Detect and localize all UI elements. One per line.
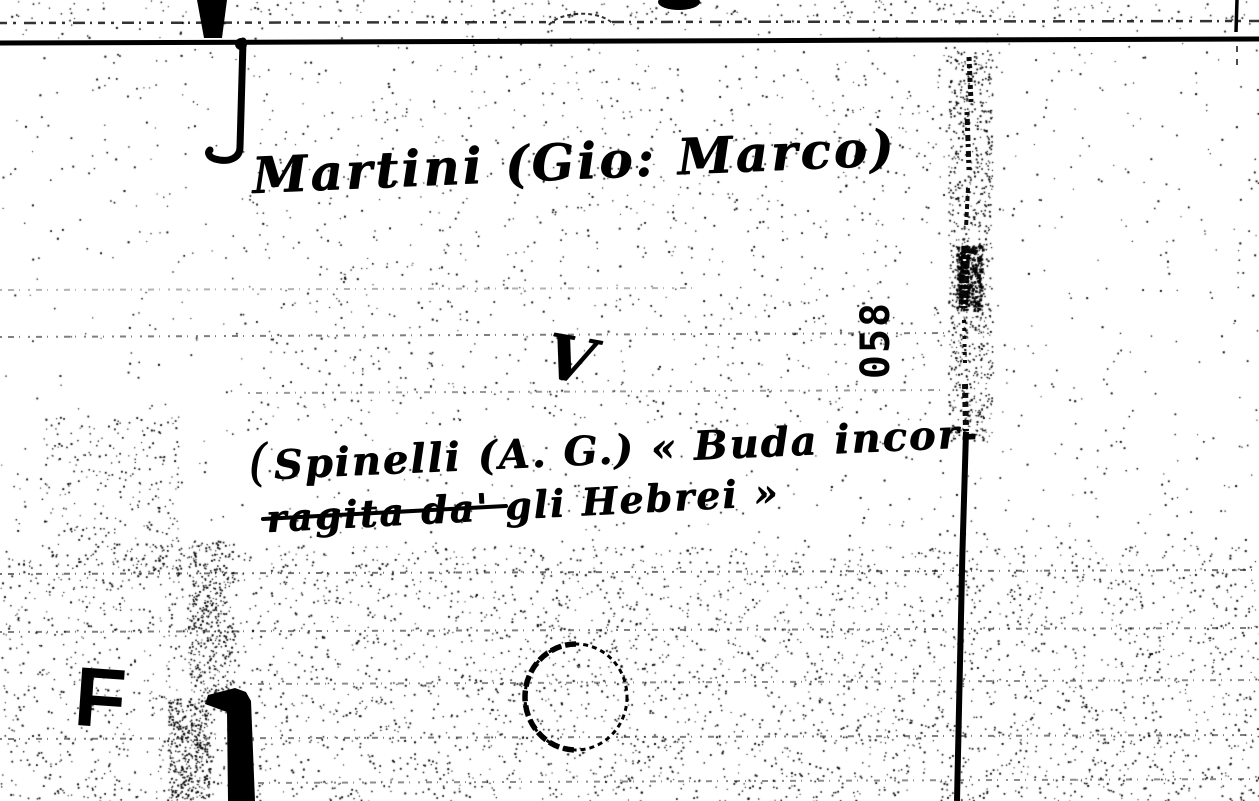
top-edge-tab-mark: [197, 0, 227, 38]
top-solid-rule: [0, 39, 1259, 43]
top-right-tick: [1236, 0, 1237, 32]
left-margin-hook-stroke-bottom: [205, 688, 255, 801]
accession-number-stamp: 058: [838, 300, 914, 380]
entry-author-underlined: Spinelli: [273, 433, 463, 488]
right-edge-line-broken: [963, 57, 971, 431]
left-margin-hook-stroke-top: [209, 41, 243, 160]
catalog-card-scan: Martini (Gio: Marco) V (Spinelli (A. G.)…: [0, 0, 1259, 801]
entry-opening-paren: (: [247, 433, 271, 492]
hole-ring-left-arc: [525, 644, 576, 750]
right-edge-line-solid: [957, 432, 966, 801]
faint-ruled-lines: [0, 288, 1259, 783]
ink-strokes-layer: [0, 0, 1259, 801]
left-margin-stroke-blot: [235, 38, 247, 50]
top-edge-blob: [658, 0, 700, 10]
shelf-letter: F: [71, 648, 129, 748]
top-dashed-rule: [0, 21, 1259, 23]
